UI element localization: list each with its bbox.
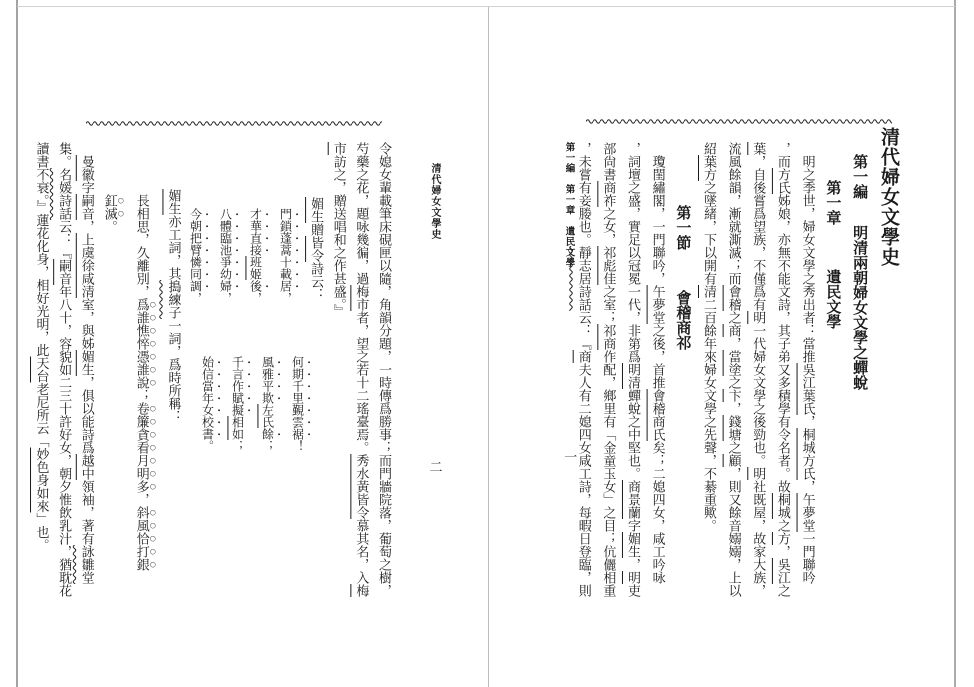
text-column-body: ，未嘗有妾媵也。靜志居詩話云：『商夫人有二媳四女咸工詩，每暇日登臨，則	[576, 142, 590, 612]
text-run-dot: 何期千里覲雲裾	[290, 356, 304, 440]
text-run: ，	[775, 545, 790, 558]
text-run-dot: 八體臨池爭幼婦	[218, 208, 232, 292]
text-run-name: 越中	[79, 454, 94, 480]
text-column-couplet: 八體臨池爭幼婦，千言作賦擬相如；	[218, 142, 239, 678]
text-run-book: 靜志居詩話	[576, 246, 591, 311]
text-column-body: 集。名媛詩話云：『嗣音年八十，容貌如二三十許好女，朝夕惟飲乳汁，猶耽花	[57, 142, 71, 612]
text-run-name: 當塗	[726, 350, 741, 376]
text-run: 讀書不衰。』蓮花化身，相好光明，此	[34, 142, 49, 357]
text-run: 之墜緒，下以開有	[701, 181, 716, 285]
couplet-second-line: 風雅平欺左氏餘；	[260, 356, 281, 452]
text-run-name: 班姬	[248, 256, 262, 280]
text-run-dot: 後	[248, 280, 262, 292]
text-run: 一代婦女文學之後勁也。	[750, 324, 765, 467]
text-column-couplet: 才華直接班姬後，風雅平欺左氏餘；	[248, 142, 269, 678]
text-run-name: 錢塘	[726, 415, 741, 441]
couplet-second-line: 始信當年女校書。	[200, 356, 221, 452]
text-run-name: 顧	[726, 454, 741, 467]
text-run: ，	[278, 292, 292, 304]
page-edge-line-left	[16, 0, 18, 687]
text-run: 吏	[625, 584, 640, 597]
text-run-circle: 斜風恰打銀	[134, 506, 149, 571]
text-column-body: ，詞壇之盛，實足以冠冕一代，非第爲明清蟬蛻之中堅也。商景蘭字媚生，明吏	[625, 142, 639, 612]
couplet-second-line: 千言作賦擬相如；	[230, 356, 251, 452]
page-gutter-line	[488, 6, 489, 687]
text-run-name: 秀水	[353, 454, 368, 480]
text-run-name: 明	[750, 311, 765, 324]
text-run: 流風餘韻，漸就澌滅；而	[726, 142, 741, 285]
text-run-name: 相如	[230, 416, 244, 440]
text-run: 詩云：	[308, 262, 323, 301]
text-run-name: 祁	[600, 324, 615, 337]
text-run: 之	[775, 584, 790, 597]
text-run-name: 清	[701, 285, 716, 298]
text-column-heading3: 第一節會稽商祁	[675, 142, 691, 675]
text-run: 一詞，爲時所稱：	[165, 319, 180, 423]
text-run: ！	[290, 440, 304, 452]
text-run-name: 媚生	[625, 532, 640, 558]
text-run: ，	[218, 292, 232, 304]
text-run: ，	[726, 402, 741, 415]
text-run-name: 方氏	[800, 454, 815, 480]
text-run: 社既屋，故家大族，	[750, 480, 765, 597]
text-run-name: 媚生	[79, 350, 94, 376]
text-run-name: 桐城	[775, 493, 790, 519]
text-run: 贈	[308, 223, 323, 236]
text-run: ，	[726, 337, 741, 350]
text-run: ；	[260, 440, 274, 452]
text-column-heading2: 第一章遺民文學	[825, 142, 841, 650]
vertical-gap	[255, 304, 256, 356]
text-run: ；	[230, 440, 244, 452]
text-run: 遺民文學	[824, 269, 842, 329]
text-run: 之	[775, 519, 790, 532]
text-run: 亦工詞，其	[165, 215, 180, 280]
scanned-book-spread: { "colors": { "ink": "#1b1b1b", "rule": …	[0, 0, 974, 687]
text-column-heading1: 第一編明清兩朝婦女文學之蟬蛻	[851, 142, 867, 624]
text-run-name: 左氏	[260, 404, 274, 428]
text-run: 明清兩朝婦女文學之蟬蛻	[851, 225, 869, 390]
text-run-name: 方	[775, 532, 790, 545]
text-run-name: 商景蘭	[625, 480, 640, 519]
text-run-name: 葉	[701, 155, 716, 168]
text-run: 老尼所云「	[34, 383, 49, 448]
text-column-para: 曼徽字嗣音，上虞徐咸清室，與姊媚生，俱以能詩爲越中領袖，著有詠雛堂	[79, 142, 93, 625]
text-run-dot: 風雅平欺	[260, 356, 274, 404]
text-run: 紹	[701, 142, 716, 155]
text-run-name: 妙色身如來	[34, 448, 49, 513]
wavy-rule-right-page	[586, 117, 892, 124]
wavy-rule-left-page	[86, 119, 382, 126]
vertical-gap	[860, 199, 861, 225]
text-run: 瓊閨繡閣，一門聯吟，	[650, 155, 665, 285]
heading-label: 第一章	[824, 180, 842, 225]
vertical-gap	[833, 225, 834, 269]
page-edge-line-top	[17, 6, 955, 7]
text-run-name: 葉	[750, 142, 765, 155]
left-page-text-block: 令媳女輩載筆床硯匣以隨，角韻分題，一時傳爲勝事；而門牆院落，葡萄之樹，芍藥之花，…	[80, 142, 390, 612]
right-page-running-title-column: 第一編 第一章 遺民文學 一	[564, 142, 574, 612]
text-run-name: 清	[625, 376, 640, 389]
text-run: 慕其名，入	[353, 519, 368, 584]
text-run: 年八十，容貌如二三十許好女，朝夕惟飲乳汁，猶耽花	[56, 285, 71, 597]
text-run-name: 上虞	[79, 233, 94, 259]
text-run-book: 搗練子	[165, 280, 180, 319]
text-run-name: 午夢堂	[650, 285, 665, 324]
heading-label: 第一編	[851, 154, 869, 199]
text-column-body: ，而方氏姊娘，亦無不能文詩，其子弟又多積學有令名者。故桐城之方，吳江之	[775, 142, 789, 612]
left-page-running-title-column: 清代婦女文學史 二	[429, 163, 439, 633]
text-run: ；	[134, 389, 149, 402]
text-run: 部尙書	[600, 142, 615, 181]
page-edge-line-right	[954, 0, 956, 687]
text-run-name: 方氏	[775, 168, 790, 194]
text-run: 夫人有二媳四女咸工詩，每暇日登臨，則	[576, 363, 591, 597]
text-column-book-title: 清代婦女文學史	[878, 127, 898, 597]
text-run-name: 嗣音	[56, 259, 71, 285]
text-run: 室，與姊	[79, 298, 94, 350]
text-run: ，自後嘗爲望族，不僅爲有	[750, 155, 765, 311]
page-number: 二	[428, 460, 441, 473]
text-column-body: 葉，自後嘗爲望族，不僅爲有明一代婦女文學之後勁也。明社既屋，故家大族，	[751, 142, 765, 612]
text-run-name: 梅市	[353, 285, 368, 311]
text-run-circle: 爲誰憔悴憑誰說	[134, 298, 149, 389]
text-run-name: 黃皆令	[353, 480, 368, 519]
text-run-name: 葉氏	[800, 389, 815, 415]
text-run: 之	[726, 376, 741, 389]
text-run: 。	[102, 220, 117, 233]
couplet-second-line: 何期千里覲雲裾！	[290, 356, 311, 452]
text-run-name: 午夢堂	[800, 493, 815, 532]
text-run: ，	[79, 220, 94, 233]
text-run-name: 商	[600, 337, 615, 350]
text-run: 字	[625, 519, 640, 532]
text-run-dot: 千言作賦擬	[230, 356, 244, 416]
right-page-text-block: 清代婦女文學史第一編明清兩朝婦女文學之蟬蛻第一章遺民文學明之季世，婦女文學之秀出…	[570, 142, 898, 612]
vertical-gap	[195, 304, 196, 356]
text-run-name: 媚生	[165, 189, 180, 215]
text-run: 矣；二媳四女，咸工吟咏	[650, 441, 665, 584]
text-run: 之後，首推	[650, 324, 665, 389]
text-run: ，未嘗有妾媵也。	[576, 142, 591, 246]
text-run: 作配，鄉里有「金童玉女」之目；伉儷相重	[600, 350, 615, 597]
text-column-body: 紹葉方之墜緒，下以開有清二百餘年來婦女文學之先聲，不綦重歟。	[701, 142, 715, 612]
text-run: 會稽商祁	[674, 290, 692, 350]
text-run: ，	[625, 558, 640, 571]
text-column-body: 市訪之，贈送唱和之作甚盛。』	[331, 142, 345, 612]
text-run: 訪之，贈送唱和之作甚盛。』	[331, 155, 346, 318]
text-column-ci: 長相思，久離別，爲誰憔悴憑誰說；卷簾貪看月明多，斜風恰打銀	[134, 142, 157, 664]
text-run-name: 商氏	[650, 415, 665, 441]
text-column-body: 讀書不衰。』蓮花化身，相好光明，此天台老尼所云「妙色身如來」也。	[34, 142, 48, 612]
text-run-name: 商	[726, 324, 741, 337]
text-run-name: 明	[625, 571, 640, 584]
text-run: 字	[79, 181, 94, 194]
text-run-name: 明	[750, 467, 765, 480]
vertical-gap	[225, 304, 226, 356]
text-run: 集。	[56, 142, 71, 168]
text-run: 之室；	[600, 285, 615, 324]
text-run: ，詞壇之盛，實足以冠冕一代，非第爲	[625, 142, 640, 363]
text-run: 者，望之若十二瑤臺焉。	[353, 311, 368, 454]
text-run: 」也。	[34, 513, 49, 552]
text-run: 云：『	[576, 311, 591, 350]
text-run-name: 商祚	[600, 181, 615, 207]
text-run-name: 皆令	[308, 236, 323, 262]
text-run: 之	[726, 441, 741, 454]
text-run: 令媳女輩載筆床硯匣以隨，角韻分題，一時傳爲勝事；而門牆院落，葡萄之樹，	[376, 142, 391, 597]
text-run-name: 天台	[34, 357, 49, 383]
text-run: 之女，	[600, 207, 615, 246]
text-run-book: 詠雛堂	[79, 545, 94, 584]
text-run: ，而	[775, 142, 790, 168]
running-title-text: 第一編 第一章 遺民文學	[564, 142, 575, 268]
text-run-name: 吳江	[800, 363, 815, 389]
text-column-body: 流風餘韻，漸就澌滅；而會稽之商，當塗之卞，錢塘之顧，則又餘音嫋嫋，上以	[726, 142, 740, 612]
text-run-name: 明	[625, 363, 640, 376]
text-column-couplet: 今朝把臂憐同調，始信當年女校書。	[188, 142, 209, 678]
text-run-name: 嗣音	[79, 194, 94, 220]
text-run-name: 方	[701, 168, 716, 181]
vertical-gap	[285, 304, 286, 356]
text-run: ，	[800, 415, 815, 428]
text-run: 姊娘，亦無不能文詩，其子弟又多積學有令名者。故	[775, 194, 790, 493]
text-run: ，	[800, 480, 815, 493]
vertical-gap	[683, 250, 684, 290]
heading-label: 第一節	[674, 205, 692, 250]
text-run: ，則又餘音嫋嫋，上以	[726, 467, 741, 597]
text-column-body: 令媳女輩載筆床硯匣以隨，角韻分題，一時傳爲勝事；而門牆院落，葡萄之樹，	[376, 142, 390, 612]
text-run-name: 市	[331, 142, 346, 155]
text-run: 云：『	[56, 220, 71, 259]
text-run: 。	[200, 440, 214, 452]
text-run-name: 吳江	[775, 558, 790, 584]
text-run: 明之季世，婦女文學之秀出者：當推	[800, 155, 815, 363]
text-run-name: 商	[576, 350, 591, 363]
text-run: 之	[726, 311, 741, 324]
text-run: 長相思，久離別，	[134, 194, 149, 298]
text-run: 二百餘年來婦女文學之先聲，不綦重歟。	[701, 298, 716, 532]
text-column-body: 芍藥之花，題咏幾徧，過梅市者，望之若十二瑤臺焉。秀水黃皆令慕其名，入梅	[354, 142, 368, 612]
text-run: ，	[134, 493, 149, 506]
text-run-name: 梅	[353, 584, 368, 597]
text-run-dot: 餘	[260, 428, 274, 440]
text-column-para: 明之季世，婦女文學之秀出者：當推吳江葉氏，桐城方氏，午夢堂一門聯吟	[800, 142, 814, 625]
text-run: ，	[188, 292, 202, 304]
text-run: 蟬蛻之中堅也。	[625, 389, 640, 480]
text-run: 芍藥之花，題咏幾徧，過	[353, 142, 368, 285]
text-column-couplet: 門鎖蓬蒿十載居，何期千里覲雲裾！	[278, 142, 299, 678]
text-run-name: 會稽	[650, 389, 665, 415]
text-run-dot: 今朝把臂憐同調	[188, 208, 202, 292]
text-run: 清代婦女文學史	[878, 127, 900, 267]
text-run-name: 卞	[726, 389, 741, 402]
text-run-book: 名媛詩話	[56, 168, 71, 220]
text-run-dot: 門鎖蓬蒿十載居	[278, 208, 292, 292]
text-run-name: 曼徽	[79, 155, 94, 181]
text-run: ，	[248, 292, 262, 304]
page-number: 一	[562, 450, 575, 463]
text-run-name: 徐咸清	[79, 259, 94, 298]
text-column-body: 部尙書商祚之女，祁彪佳之室；祁商作配，鄉里有「金童玉女」之目；伉儷相重	[601, 142, 615, 612]
text-run-circle: 釭滅	[102, 194, 117, 220]
text-run-name: 祁彪佳	[600, 246, 615, 285]
text-column-para: 瓊閨繡閣，一門聯吟，午夢堂之後，首推會稽商氏矣；二媳四女，咸工吟咏	[650, 142, 664, 625]
text-run-circle: 卷簾貪看月明多	[134, 402, 149, 493]
text-run-dot: 始信當年女校書	[200, 356, 214, 440]
text-run-dot: 才華直接	[248, 208, 262, 256]
text-column-ci: 釭滅。	[102, 142, 125, 664]
text-run-name: 會稽	[726, 285, 741, 311]
text-column-para-mid: 媚生亦工詞，其搗練子一詞，爲時所稱：	[166, 142, 180, 659]
text-run-name: 媚生	[308, 197, 323, 223]
running-title-text: 清代婦女文學史	[429, 163, 440, 240]
text-run-name: 桐城	[800, 428, 815, 454]
text-run: 一門聯吟	[800, 532, 815, 584]
text-run: 領袖，著有	[79, 480, 94, 545]
text-run: ，俱以能詩爲	[79, 376, 94, 454]
